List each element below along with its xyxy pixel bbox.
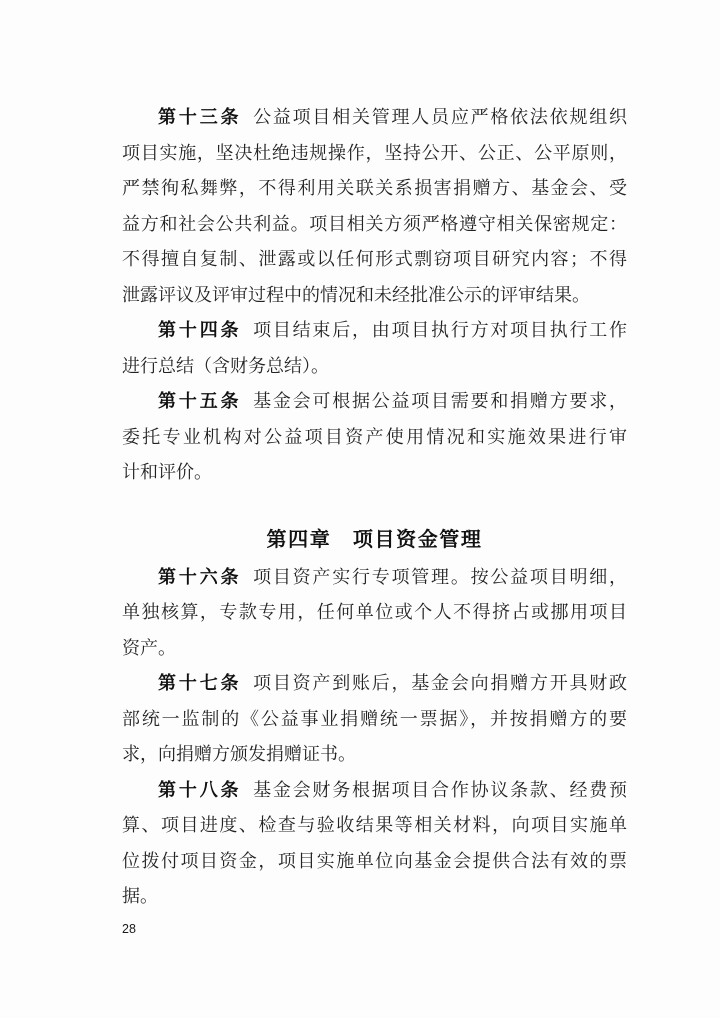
text-line: 第十三条公益项目相关管理人员应严格依法依规组织 <box>122 100 627 136</box>
document-body: 第十三条公益项目相关管理人员应严格依法依规组织项目实施，坚决杜绝违规操作，坚持公… <box>122 100 627 915</box>
text-line: 计和评价。 <box>122 455 627 491</box>
text-line: 第十八条基金会财务根据项目合作协议条款、经费预 <box>122 773 627 809</box>
text-line: 项目实施，坚决杜绝违规操作，坚持公开、公正、公平原则， <box>122 136 627 172</box>
article-number-label: 第十四条 <box>158 320 241 340</box>
text-line: 部统一监制的《公益事业捐赠统一票据》，并按捐赠方的要 <box>122 702 627 738</box>
article-number-label: 第十七条 <box>158 673 241 693</box>
article-number-label: 第十六条 <box>158 567 241 587</box>
text-line: 资产。 <box>122 631 627 667</box>
text-line: 进行总结（含财务总结）。 <box>122 349 627 385</box>
article-number-label: 第十三条 <box>158 107 241 127</box>
text-line: 严禁徇私舞弊，不得利用关联关系损害捐赠方、基金会、受 <box>122 171 627 207</box>
text-line: 不得擅自复制、泄露或以任何形式剽窃项目研究内容；不得 <box>122 242 627 278</box>
page-number: 28 <box>122 922 136 936</box>
article-number-label: 第十八条 <box>158 780 241 800</box>
text-line: 单独核算，专款专用，任何单位或个人不得挤占或挪用项目 <box>122 595 627 631</box>
text-line: 据。 <box>122 879 627 915</box>
article-number-label: 第十五条 <box>158 391 241 411</box>
text-line: 益方和社会公共利益。项目相关方须严格遵守相关保密规定： <box>122 207 627 243</box>
text-line: 第十五条基金会可根据公益项目需要和捐赠方要求， <box>122 384 627 420</box>
text-line: 第十六条项目资产实行专项管理。按公益项目明细， <box>122 560 627 596</box>
chapter-heading: 第四章 项目资金管理 <box>122 522 627 558</box>
text-line: 第十四条项目结束后，由项目执行方对项目执行工作 <box>122 313 627 349</box>
document-page: 第十三条公益项目相关管理人员应严格依法依规组织项目实施，坚决杜绝违规操作，坚持公… <box>0 0 720 1018</box>
text-line: 泄露评议及评审过程中的情况和未经批准公示的评审结果。 <box>122 278 627 314</box>
text-line: 位拨付项目资金，项目实施单位向基金会提供合法有效的票 <box>122 844 627 880</box>
text-line: 算、项目进度、检查与验收结果等相关材料，向项目实施单 <box>122 808 627 844</box>
text-line: 第十七条项目资产到账后，基金会向捐赠方开具财政 <box>122 666 627 702</box>
text-line: 求，向捐赠方颁发捐赠证书。 <box>122 737 627 773</box>
text-line: 委托专业机构对公益项目资产使用情况和实施效果进行审 <box>122 420 627 456</box>
